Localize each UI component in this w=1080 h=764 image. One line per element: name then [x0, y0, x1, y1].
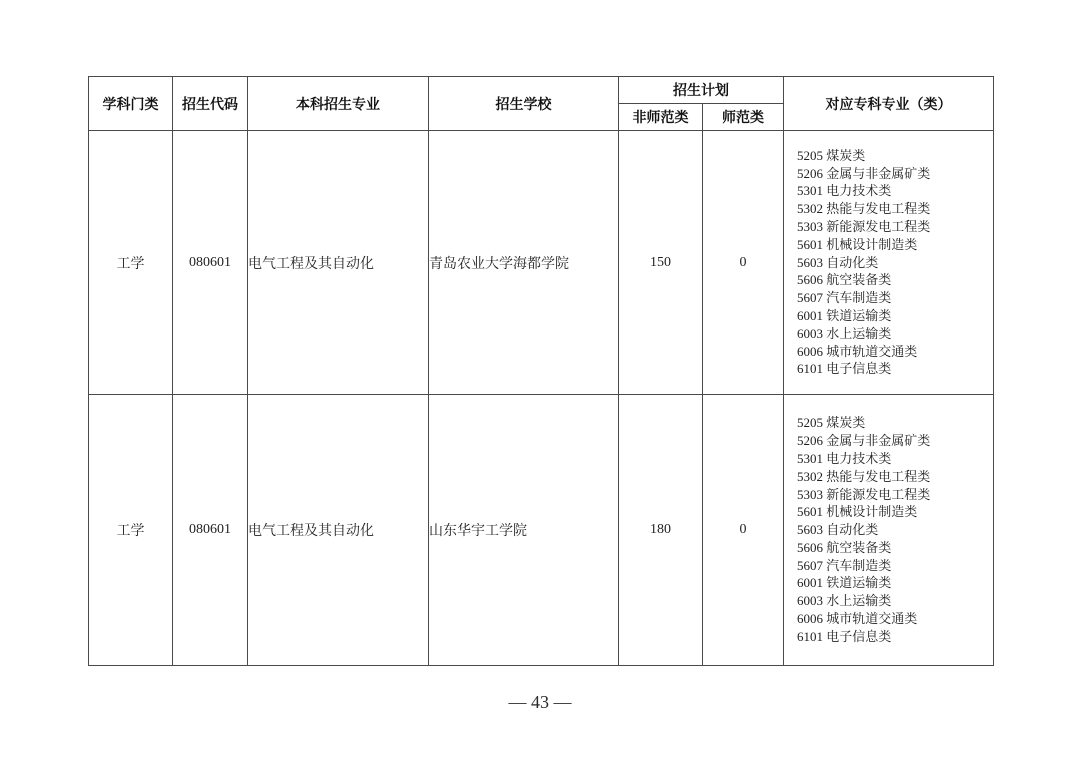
page-number: — 43 —	[0, 692, 1080, 713]
cell-enrollment-code: 080601	[173, 395, 248, 666]
corresponding-majors-list: 5205 煤炭类 5206 金属与非金属矿类 5301 电力技术类 5302 热…	[784, 147, 993, 378]
cell-plan-non-normal: 150	[619, 131, 703, 395]
header-row-top: 学科门类 招生代码 本科招生专业 招生学校 招生计划 对应专科专业（类）	[89, 77, 994, 104]
cell-enrollment-code: 080601	[173, 131, 248, 395]
col-header-subject-category: 学科门类	[89, 77, 173, 131]
table-row: 工学 080601 电气工程及其自动化 山东华宇工学院 180 0 5205 煤…	[89, 395, 994, 666]
cell-school: 青岛农业大学海都学院	[429, 131, 619, 395]
corresponding-majors-list: 5205 煤炭类 5206 金属与非金属矿类 5301 电力技术类 5302 热…	[784, 414, 993, 645]
cell-plan-normal: 0	[703, 395, 784, 666]
cell-undergrad-major: 电气工程及其自动化	[248, 131, 429, 395]
cell-plan-non-normal: 180	[619, 395, 703, 666]
col-header-school: 招生学校	[429, 77, 619, 131]
col-header-plan-group: 招生计划	[619, 77, 784, 104]
cell-subject-category: 工学	[89, 131, 173, 395]
document-page: 学科门类 招生代码 本科招生专业 招生学校 招生计划 对应专科专业（类） 非师范…	[0, 0, 1080, 764]
cell-school: 山东华宇工学院	[429, 395, 619, 666]
col-header-non-normal: 非师范类	[619, 104, 703, 131]
cell-subject-category: 工学	[89, 395, 173, 666]
cell-corresponding-majors: 5205 煤炭类 5206 金属与非金属矿类 5301 电力技术类 5302 热…	[784, 395, 994, 666]
table-row: 工学 080601 电气工程及其自动化 青岛农业大学海都学院 150 0 520…	[89, 131, 994, 395]
col-header-enrollment-code: 招生代码	[173, 77, 248, 131]
enrollment-plan-table: 学科门类 招生代码 本科招生专业 招生学校 招生计划 对应专科专业（类） 非师范…	[88, 76, 994, 666]
col-header-corresponding-majors: 对应专科专业（类）	[784, 77, 994, 131]
cell-corresponding-majors: 5205 煤炭类 5206 金属与非金属矿类 5301 电力技术类 5302 热…	[784, 131, 994, 395]
col-header-undergrad-major: 本科招生专业	[248, 77, 429, 131]
cell-plan-normal: 0	[703, 131, 784, 395]
col-header-normal: 师范类	[703, 104, 784, 131]
cell-undergrad-major: 电气工程及其自动化	[248, 395, 429, 666]
